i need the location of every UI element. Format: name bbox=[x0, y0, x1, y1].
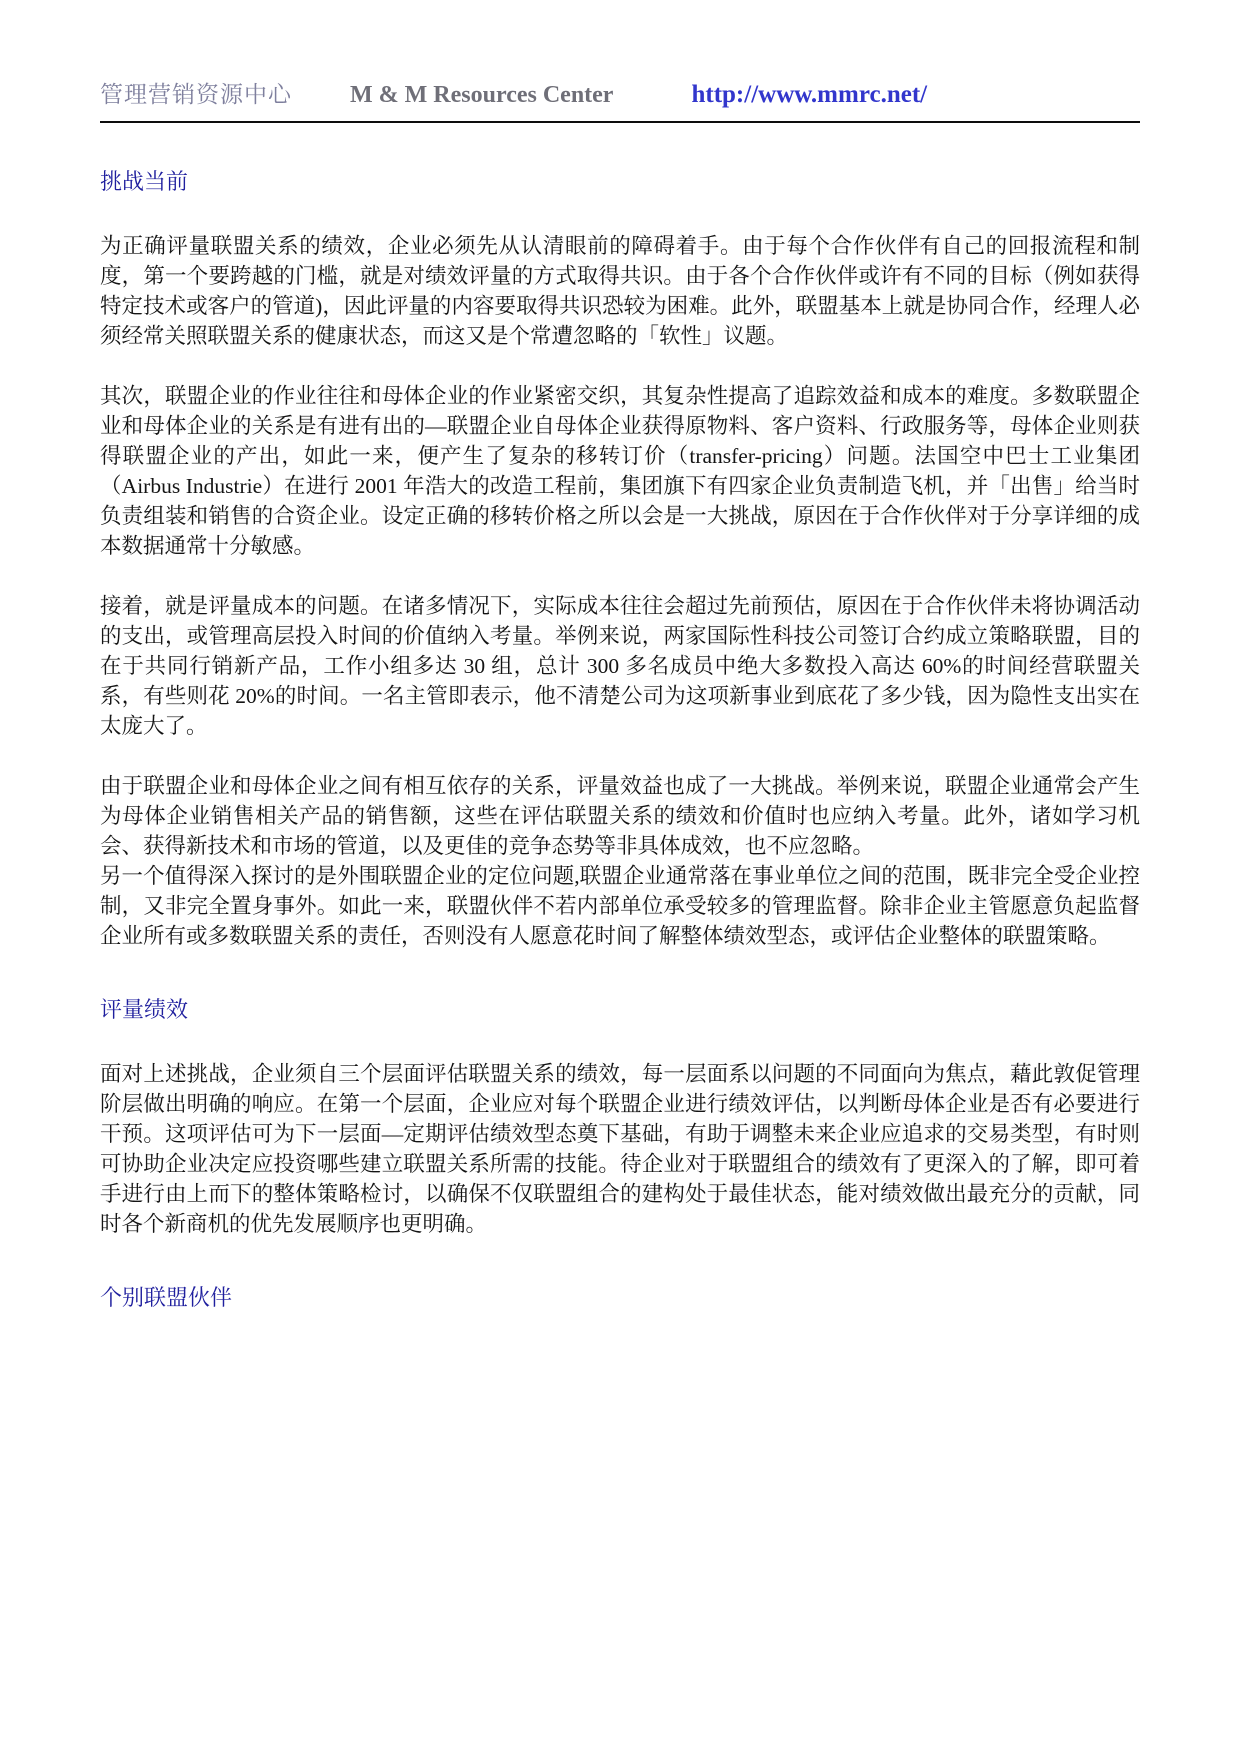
paragraph-measuring-1: 面对上述挑战，企业须自三个层面评估联盟关系的绩效，每一层面系以问题的不同面向为焦… bbox=[100, 1059, 1140, 1239]
page-header: 管理营销资源中心 M & M Resources Center http://w… bbox=[100, 76, 1140, 109]
paragraph-challenges-4: 由于联盟企业和母体企业之间有相互依存的关系，评量效益也成了一大挑战。举例来说，联… bbox=[100, 771, 1140, 861]
section-heading-challenges: 挑战当前 bbox=[100, 167, 1140, 197]
section-heading-measuring: 评量绩效 bbox=[100, 995, 1140, 1025]
document-page: 管理营销资源中心 M & M Resources Center http://w… bbox=[0, 0, 1240, 1755]
header-url-link[interactable]: http://www.mmrc.net/ bbox=[691, 81, 927, 109]
document-body: 挑战当前 为正确评量联盟关系的绩效，企业必须先从认清眼前的障碍着手。由于每个合作… bbox=[100, 167, 1140, 1313]
header-site-name-en: M & M Resources Center bbox=[350, 82, 613, 109]
header-site-name-cn: 管理营销资源中心 bbox=[100, 76, 292, 109]
paragraph-challenges-3: 接着，就是评量成本的问题。在诸多情况下，实际成本往往会超过先前预估，原因在于合作… bbox=[100, 591, 1140, 741]
paragraph-challenges-5: 另一个值得深入探讨的是外围联盟企业的定位问题,联盟企业通常落在事业单位之间的范围… bbox=[100, 861, 1140, 951]
paragraph-challenges-2: 其次，联盟企业的作业往往和母体企业的作业紧密交织，其复杂性提高了追踪效益和成本的… bbox=[100, 381, 1140, 561]
paragraph-challenges-1: 为正确评量联盟关系的绩效，企业必须先从认清眼前的障碍着手。由于每个合作伙伴有自己… bbox=[100, 231, 1140, 351]
section-heading-individual-partners: 个别联盟伙伴 bbox=[100, 1283, 1140, 1313]
header-divider bbox=[100, 121, 1140, 123]
